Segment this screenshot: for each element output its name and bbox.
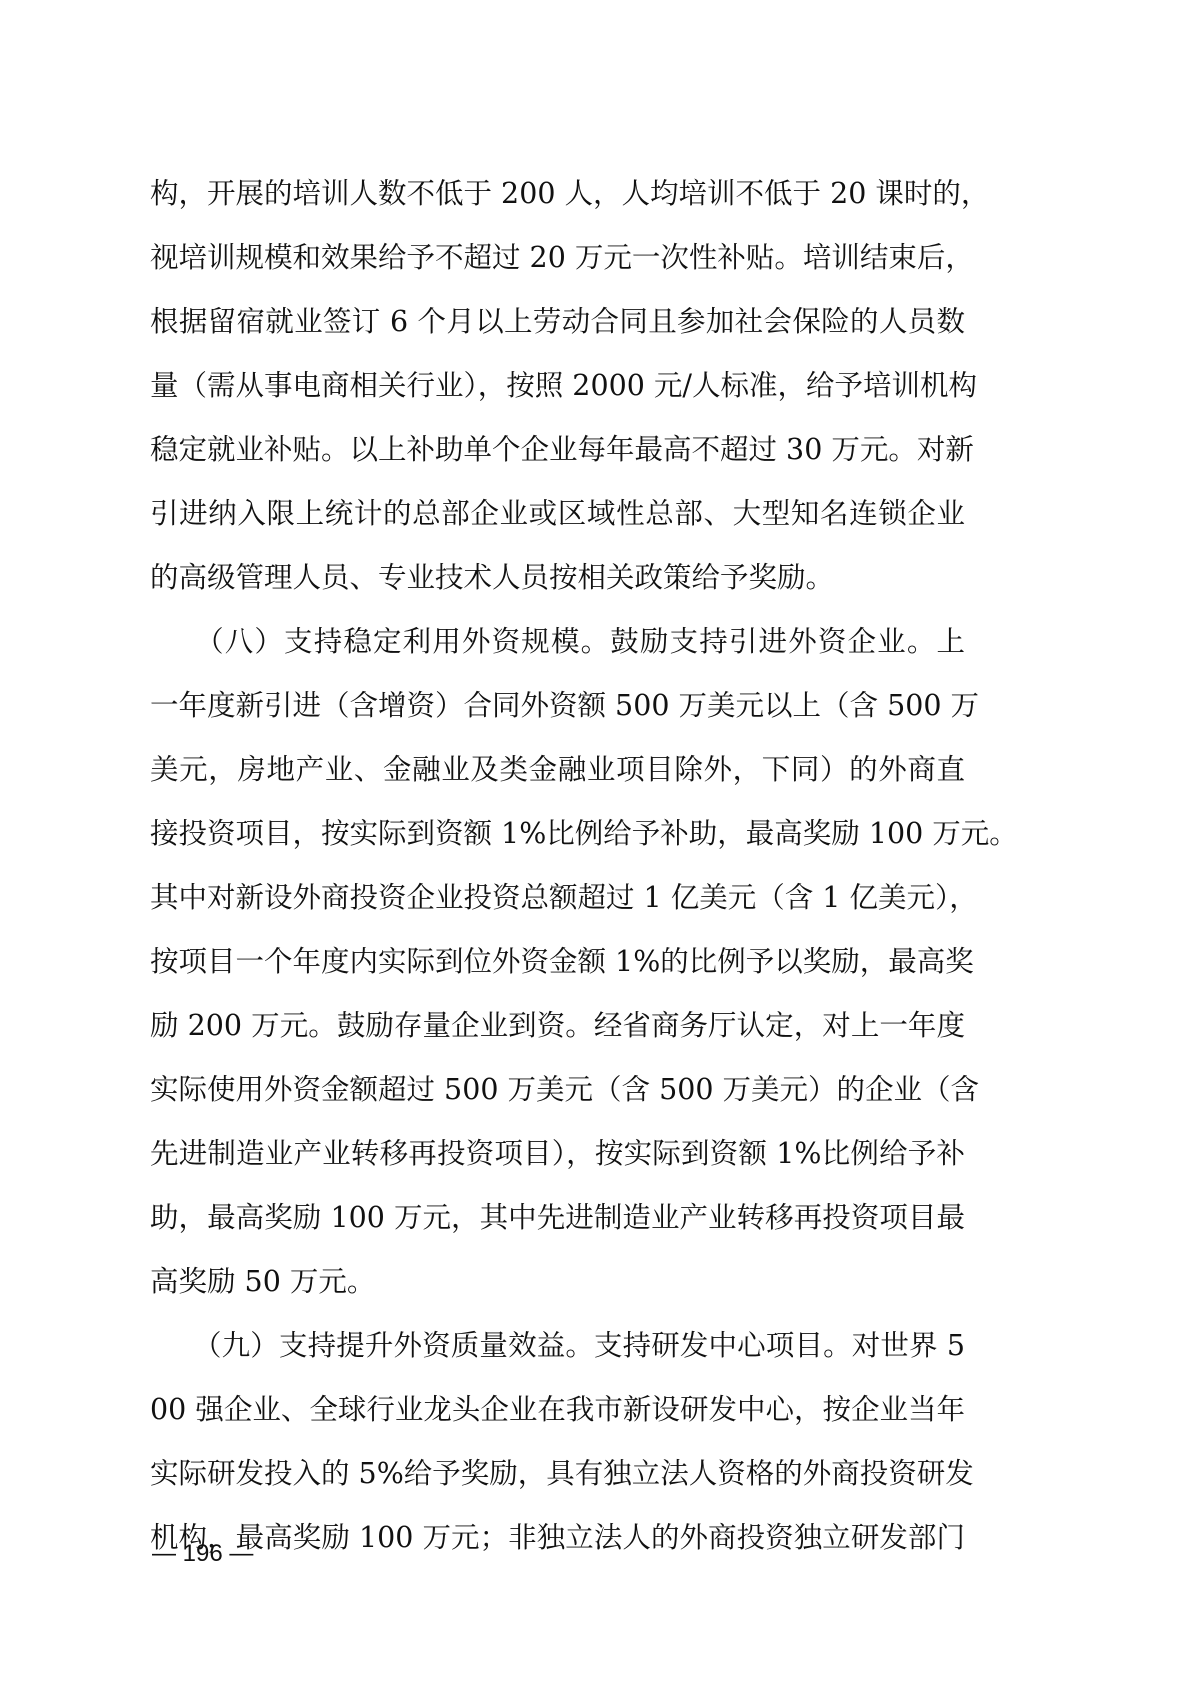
text-line: 先进制造业产业转移再投资项目），按实际到资额 1%比例给予补 xyxy=(150,1122,965,1186)
section-heading-line: （九）支持提升外资质量效益。支持研发中心项目。对世界 5 xyxy=(150,1314,965,1378)
text-line: 实际研发投入的 5%给予奖励，具有独立法人资格的外商投资研发 xyxy=(150,1442,965,1506)
text-line: 助，最高奖励 100 万元，其中先进制造业产业转移再投资项目最 xyxy=(150,1186,965,1250)
text-line: 美元，房地产业、金融业及类金融业项目除外，下同）的外商直 xyxy=(150,738,965,802)
text-line: 高奖励 50 万元。 xyxy=(150,1250,965,1314)
section-heading-line: （八）支持稳定利用外资规模。鼓励支持引进外资企业。上 xyxy=(150,610,965,674)
text-line: 构，开展的培训人数不低于 200 人，人均培训不低于 20 课时的， xyxy=(150,162,965,226)
text-line: 根据留宿就业签订 6 个月以上劳动合同且参加社会保险的人员数 xyxy=(150,290,965,354)
text-line: 量（需从事电商相关行业），按照 2000 元/人标准，给予培训机构 xyxy=(150,354,965,418)
text-line: 励 200 万元。鼓励存量企业到资。经省商务厅认定，对上一年度 xyxy=(150,994,965,1058)
text-line: 视培训规模和效果给予不超过 20 万元一次性补贴。培训结束后， xyxy=(150,226,965,290)
text-line: 稳定就业补贴。以上补助单个企业每年最高不超过 30 万元。对新 xyxy=(150,418,965,482)
text-line: 00 强企业、全球行业龙头企业在我市新设研发中心，按企业当年 xyxy=(150,1378,965,1442)
text-line: 机构，最高奖励 100 万元；非独立法人的外商投资独立研发部门 xyxy=(150,1506,965,1570)
text-line: 接投资项目，按实际到资额 1%比例给予补助，最高奖励 100 万元。 xyxy=(150,802,965,866)
document-body: 构，开展的培训人数不低于 200 人，人均培训不低于 20 课时的， 视培训规模… xyxy=(150,162,965,1570)
text-line: 一年度新引进（含增资）合同外资额 500 万美元以上（含 500 万 xyxy=(150,674,965,738)
text-line: 实际使用外资金额超过 500 万美元（含 500 万美元）的企业（含 xyxy=(150,1058,965,1122)
text-line: 的高级管理人员、专业技术人员按相关政策给予奖励。 xyxy=(150,546,965,610)
text-line: 按项目一个年度内实际到位外资金额 1%的比例予以奖励，最高奖 xyxy=(150,930,965,994)
text-line: 引进纳入限上统计的总部企业或区域性总部、大型知名连锁企业 xyxy=(150,482,965,546)
page-number: — 196 — xyxy=(152,1538,253,1570)
text-line: 其中对新设外商投资企业投资总额超过 1 亿美元（含 1 亿美元）， xyxy=(150,866,965,930)
